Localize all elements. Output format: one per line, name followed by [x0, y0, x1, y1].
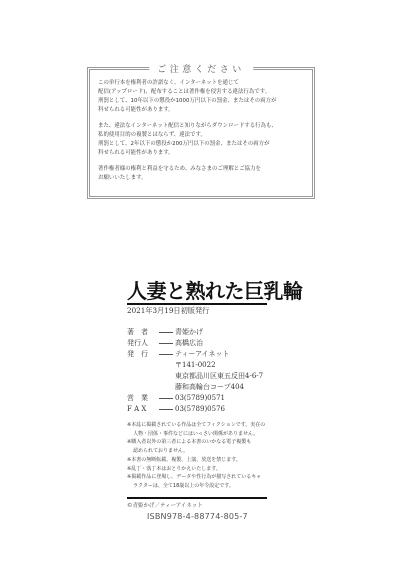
address-line-1: 東京都品川区東五反田4-6-7 — [127, 371, 263, 382]
postal-code: 〒141-0022 — [127, 360, 263, 371]
credit-value: ティーアイネット — [175, 349, 229, 360]
notice-line: 刑罰として、2年以下の懲役か200万円以下の罰金、またはその両方が — [98, 140, 306, 149]
book-title: 人妻と熟れた巨乳輪 — [127, 275, 303, 304]
dash-divider — [159, 354, 173, 355]
credit-label: 発 行 — [127, 349, 159, 360]
credit-publisher-person: 発行人 高橋広治 — [127, 338, 263, 349]
notice-line: また、違法なインターネット配信と知りながらダウンロードする行為も、 — [98, 122, 306, 131]
footnote-line: ※本書の無断転載、複製、上演、放送を禁じます。 — [127, 456, 265, 465]
bottom-divider — [127, 497, 267, 499]
notice-paragraph: この単行本を権利者の許諾なく、インターネットを通じて 配信(アップロード)、配布… — [98, 79, 306, 115]
dash-divider — [159, 343, 173, 344]
credit-label: 発行人 — [127, 338, 159, 349]
notice-line: 科せられる可能性があります。 — [98, 106, 306, 115]
credit-author: 著 者 青姫かげ — [127, 327, 263, 338]
footnotes: ※本誌に掲載されている作品は全てフィクションです。実在の 人物・団体・事件などに… — [127, 421, 265, 491]
credit-value: 高橋広治 — [175, 338, 203, 349]
title-divider — [127, 303, 267, 305]
notice-line: お願いいたします。 — [98, 174, 306, 183]
dash-divider — [159, 409, 173, 410]
footnote-line: ※乱丁・落丁本はおとりかえいたします。 — [127, 465, 265, 474]
address-line-2: 藤和高輪台コープ404 — [127, 382, 263, 393]
notice-line: 配信(アップロード)、配布することは著作権を侵害する違法行為です。 — [98, 88, 306, 97]
credit-label: 著 者 — [127, 327, 159, 338]
credit-value: 青姫かげ — [175, 327, 203, 338]
credit-label: 営 業 — [127, 393, 159, 404]
publication-date: 2021年3月19日初版発行 — [127, 306, 209, 316]
credit-fax: F A X 03(5789)0576 — [127, 404, 263, 415]
notice-body: この単行本を権利者の許諾なく、インターネットを通じて 配信(アップロード)、配布… — [98, 79, 306, 190]
footnote-line: ラクターは、全て18歳以上の年令設定です。 — [127, 482, 265, 491]
notice-line: 刑罰として、10年以下の懲役か1000万円以下の罰金、またはその両方が — [98, 97, 306, 106]
notice-title: ご注意ください — [149, 62, 253, 75]
credit-label: F A X — [127, 404, 159, 415]
footnote-line: 認められておりません。 — [127, 447, 265, 456]
notice-paragraph: 著作権者様の権利と利益を守るため、みなさまのご理解とご協力を お願いいたします。 — [98, 165, 306, 183]
notice-box: ご注意ください この単行本を権利者の許諾なく、インターネットを通じて 配信(アッ… — [87, 67, 315, 199]
footnote-line: 人物・団体・事件などにはいっさい関係がありません。 — [127, 430, 265, 439]
notice-paragraph: また、違法なインターネット配信と知りながらダウンロードする行為も、 私的使用目的… — [98, 122, 306, 158]
credit-publisher: 発 行 ティーアイネット — [127, 349, 263, 360]
notice-line: 著作権者様の権利と利益を守るため、みなさまのご理解とご協力を — [98, 165, 306, 174]
credit-value: 03(5789)0571 — [175, 393, 225, 404]
dash-divider — [159, 332, 173, 333]
isbn: ISBN978-4-88774-805-7 — [147, 512, 248, 521]
footnote-line: ※本誌に掲載されている作品は全てフィクションです。実在の — [127, 421, 265, 430]
notice-line: この単行本を権利者の許諾なく、インターネットを通じて — [98, 79, 306, 88]
credit-sales: 営 業 03(5789)0571 — [127, 393, 263, 404]
credits-block: 著 者 青姫かげ 発行人 高橋広治 発 行 ティーアイネット 〒141-0022… — [127, 327, 263, 415]
notice-line: 私的使用目的の複製とはならず、違法です。 — [98, 131, 306, 140]
notice-line: 科せられる可能性があります。 — [98, 149, 306, 158]
footnote-line: ※購入者以外の第三者による本書のいかなる電子複製も — [127, 438, 265, 447]
dash-divider — [159, 398, 173, 399]
copyright: ©青姫かげ／ティーアイネット — [127, 501, 203, 509]
credit-value: 03(5789)0576 — [175, 404, 225, 415]
footnote-line: ※掲載作品に登場し、データや性行為が描写されているキャ — [127, 473, 265, 482]
